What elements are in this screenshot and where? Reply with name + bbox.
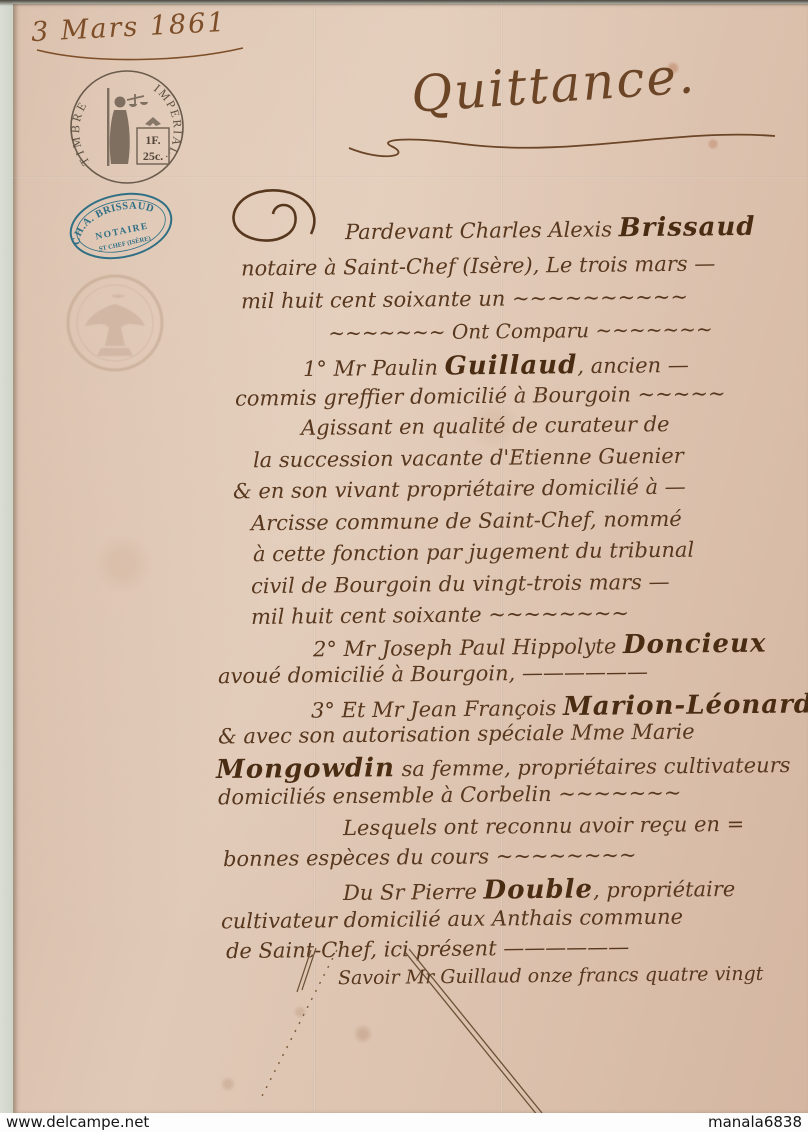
title-underline-flourish <box>343 122 783 168</box>
manuscript-line: domiciliés ensemble à Corbelin ~~~~~~~ <box>218 781 682 810</box>
manuscript-line: Arcisse commune de Saint-Chef, nommé <box>251 507 682 536</box>
eagle-icon <box>85 293 145 356</box>
manuscript-line: civil de Bourgoin du vingt-trois mars — <box>251 570 670 598</box>
line-text: Pardevant Charles Alexis <box>345 217 619 244</box>
handwritten-date: 3 Mars 1861 <box>30 7 227 48</box>
svg-text:TIMBRE: TIMBRE <box>68 97 92 168</box>
comparution-heading: ~~~~~~~ Ont Comparu ~~~~~~~ <box>238 316 803 346</box>
manuscript-line: & avec son autorisation spéciale Mme Mar… <box>218 720 695 749</box>
manuscript-line: mil huit cent soixante ~~~~~~~~ <box>251 601 629 629</box>
manuscript-line: Mongowdin sa femme, propriétaires cultiv… <box>216 749 791 785</box>
surname-guillaud: Guillaud <box>444 350 577 381</box>
manuscript-line: & en son vivant propriétaire domicilié à… <box>233 475 686 504</box>
manuscript-line: cultivateur domicilié aux Anthais commun… <box>221 905 683 934</box>
scan-edge-shadow <box>0 0 808 6</box>
manuscript-line: Agissant en qualité de curateur de <box>301 412 670 440</box>
watermark-site: www.delcampe.net <box>0 1113 155 1132</box>
document-title: Quittance. <box>409 46 697 124</box>
timbre-imperial-stamp: TIMBRE IMPERIAL. 1F. 25c. <box>65 66 189 188</box>
surname-double: Double <box>483 874 593 905</box>
surname-mongowdin: Mongowdin <box>216 753 395 785</box>
scanned-document: 3 Mars 1861 TIMBRE IMPERIAL. <box>0 0 808 1132</box>
manuscript-line: Du Sr Pierre Double, propriétaire <box>343 873 736 907</box>
scanner-margin <box>0 0 13 1114</box>
stamp-value-top: 1F. <box>145 133 160 147</box>
watermark-seller: manala6838 <box>702 1113 808 1132</box>
imperial-eagle-embossed-seal <box>63 272 167 374</box>
manuscript-line: 3° Et Mr Jean François Marion-Léonard <box>311 689 808 724</box>
manuscript-line: Pardevant Charles Alexis Brissaud <box>345 212 756 246</box>
watermark-bar: www.delcampe.net manala6838 <box>0 1113 808 1132</box>
manuscript-line: la succession vacante d'Etienne Guenier <box>253 444 684 473</box>
surname-marion-leonard: Marion-Léonard <box>563 689 808 722</box>
manuscript-line: bonnes espèces du cours ~~~~~~~~ <box>223 843 637 871</box>
manuscript-line: Lesquels ont reconnu avoir reçu en = <box>343 812 744 840</box>
stamp-ring-left-label: TIMBRE <box>68 97 92 168</box>
manuscript-line: à cette fonction par jugement du tribuna… <box>253 538 694 567</box>
initial-letter-flourish <box>215 182 333 266</box>
manuscript-line: notaire à Saint-Chef (Isère), Le trois m… <box>241 252 716 281</box>
manuscript-line: 2° Mr Joseph Paul Hippolyte Doncieux <box>313 629 767 664</box>
paper-sheet: 3 Mars 1861 TIMBRE IMPERIAL. <box>13 4 808 1114</box>
notary-oval-stamp: CH.A. BRISSAUD NOTAIRE ST CHEF (ISÈRE) <box>61 182 181 271</box>
pen-stroke-marks <box>193 934 613 1118</box>
date-underline-flourish <box>33 44 248 66</box>
manuscript-line: 1° Mr Paulin Guillaud, ancien — <box>303 349 689 383</box>
surname-brissaud: Brissaud <box>619 212 756 243</box>
manuscript-line: mil huit cent soixante un ~~~~~~~~~~ <box>241 285 688 314</box>
manuscript-line: avoué domicilié à Bourgoin, —————— <box>218 660 648 689</box>
stamp-value-bottom: 25c. <box>143 149 163 163</box>
manuscript-line: commis greffier domicilié à Bourgoin ~~~… <box>235 381 726 410</box>
surname-doncieux: Doncieux <box>623 629 767 661</box>
